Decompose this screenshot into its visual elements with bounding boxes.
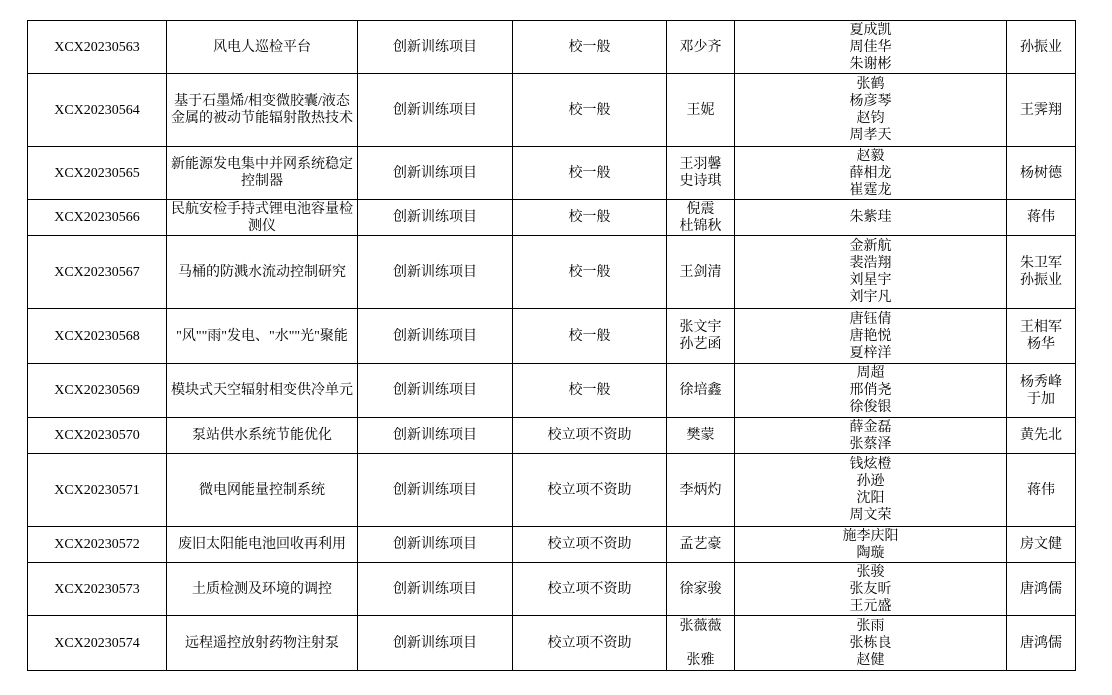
cell-project-leader: 邓少齐 [667, 21, 735, 74]
cell-project-type: 创新训练项目 [358, 364, 513, 418]
cell-project-name: 新能源发电集中并网系统稳定控制器 [167, 147, 358, 200]
cell-project-type: 创新训练项目 [358, 418, 513, 454]
cell-project-type: 创新训练项目 [358, 147, 513, 200]
cell-project-level: 校一般 [513, 147, 667, 200]
cell-project-id: XCX20230563 [28, 21, 167, 74]
cell-project-members: 赵毅 薛相龙 崔霆龙 [735, 147, 1007, 200]
projects-table: XCX20230563 风电人巡检平台 创新训练项目 校一般 邓少齐 夏成凯 周… [27, 20, 1076, 671]
cell-project-id: XCX20230565 [28, 147, 167, 200]
cell-project-advisor: 王霁翔 [1007, 74, 1076, 147]
cell-project-id: XCX20230564 [28, 74, 167, 147]
cell-project-advisor: 杨树德 [1007, 147, 1076, 200]
cell-project-advisor: 王相军 杨华 [1007, 309, 1076, 364]
cell-project-type: 创新训练项目 [358, 74, 513, 147]
cell-project-leader: 王妮 [667, 74, 735, 147]
table-row: XCX20230567 马桶的防溅水流动控制研究 创新训练项目 校一般 王剑清 … [28, 236, 1076, 309]
cell-project-name: 基于石墨烯/相变微胶囊/液态金属的被动节能辐射散热技术 [167, 74, 358, 147]
cell-project-members: 夏成凯 周佳华 朱谢彬 [735, 21, 1007, 74]
cell-project-members: 张雨 张栋良 赵健 [735, 616, 1007, 671]
cell-project-level: 校一般 [513, 74, 667, 147]
cell-project-members: 张骏 张友昕 王元盛 [735, 563, 1007, 616]
cell-project-leader: 倪震 杜锦秋 [667, 200, 735, 236]
cell-project-members: 张鹤 杨彦琴 赵钧 周孝天 [735, 74, 1007, 147]
table-row: XCX20230570 泵站供水系统节能优化 创新训练项目 校立项不资助 樊蒙 … [28, 418, 1076, 454]
cell-project-level: 校立项不资助 [513, 527, 667, 563]
cell-project-name: 模块式天空辐射相变供冷单元 [167, 364, 358, 418]
cell-project-leader: 徐培鑫 [667, 364, 735, 418]
cell-project-name: 民航安检手持式锂电池容量检测仪 [167, 200, 358, 236]
cell-project-id: XCX20230569 [28, 364, 167, 418]
cell-project-id: XCX20230566 [28, 200, 167, 236]
cell-project-id: XCX20230574 [28, 616, 167, 671]
cell-project-name: 远程遥控放射药物注射泵 [167, 616, 358, 671]
cell-project-advisor: 黄先北 [1007, 418, 1076, 454]
cell-project-level: 校一般 [513, 200, 667, 236]
cell-project-members: 钱炫橙 孙逊 沈阳 周文荣 [735, 454, 1007, 527]
cell-project-members: 施李庆阳 陶璇 [735, 527, 1007, 563]
cell-project-id: XCX20230571 [28, 454, 167, 527]
cell-project-id: XCX20230568 [28, 309, 167, 364]
cell-project-type: 创新训练项目 [358, 309, 513, 364]
cell-project-type: 创新训练项目 [358, 236, 513, 309]
cell-project-advisor: 唐鸿儒 [1007, 616, 1076, 671]
cell-project-advisor: 朱卫军 孙振业 [1007, 236, 1076, 309]
cell-project-id: XCX20230570 [28, 418, 167, 454]
cell-project-level: 校立项不资助 [513, 616, 667, 671]
cell-project-members: 周超 邢俏尧 徐俊银 [735, 364, 1007, 418]
table-row: XCX20230565 新能源发电集中并网系统稳定控制器 创新训练项目 校一般 … [28, 147, 1076, 200]
cell-project-name: 风电人巡检平台 [167, 21, 358, 74]
cell-project-name: 微电网能量控制系统 [167, 454, 358, 527]
cell-project-leader: 王羽馨 史诗琪 [667, 147, 735, 200]
cell-project-advisor: 蒋伟 [1007, 200, 1076, 236]
table-row: XCX20230573 土质检测及环境的调控 创新训练项目 校立项不资助 徐家骏… [28, 563, 1076, 616]
table-row: XCX20230572 废旧太阳能电池回收再利用 创新训练项目 校立项不资助 孟… [28, 527, 1076, 563]
table-row: XCX20230569 模块式天空辐射相变供冷单元 创新训练项目 校一般 徐培鑫… [28, 364, 1076, 418]
cell-project-id: XCX20230567 [28, 236, 167, 309]
cell-project-type: 创新训练项目 [358, 527, 513, 563]
cell-project-type: 创新训练项目 [358, 454, 513, 527]
cell-project-leader: 张薇薇 张雅 [667, 616, 735, 671]
cell-project-id: XCX20230572 [28, 527, 167, 563]
cell-project-level: 校一般 [513, 364, 667, 418]
cell-project-leader: 樊蒙 [667, 418, 735, 454]
cell-project-advisor: 房文健 [1007, 527, 1076, 563]
cell-project-leader: 李炳灼 [667, 454, 735, 527]
cell-project-name: "风""雨"发电、"水""光"聚能 [167, 309, 358, 364]
cell-project-name: 废旧太阳能电池回收再利用 [167, 527, 358, 563]
cell-project-members: 金新航 裴浩翔 刘星宇 刘宇凡 [735, 236, 1007, 309]
table-row: XCX20230563 风电人巡检平台 创新训练项目 校一般 邓少齐 夏成凯 周… [28, 21, 1076, 74]
cell-project-level: 校立项不资助 [513, 418, 667, 454]
cell-project-leader: 孟艺豪 [667, 527, 735, 563]
cell-project-leader: 徐家骏 [667, 563, 735, 616]
cell-project-id: XCX20230573 [28, 563, 167, 616]
cell-project-advisor: 杨秀峰 于加 [1007, 364, 1076, 418]
table-row: XCX20230568 "风""雨"发电、"水""光"聚能 创新训练项目 校一般… [28, 309, 1076, 364]
cell-project-level: 校一般 [513, 21, 667, 74]
cell-project-level: 校立项不资助 [513, 454, 667, 527]
cell-project-level: 校一般 [513, 236, 667, 309]
cell-project-type: 创新训练项目 [358, 200, 513, 236]
cell-project-type: 创新训练项目 [358, 563, 513, 616]
cell-project-members: 朱紫珪 [735, 200, 1007, 236]
cell-project-type: 创新训练项目 [358, 21, 513, 74]
table-row: XCX20230566 民航安检手持式锂电池容量检测仪 创新训练项目 校一般 倪… [28, 200, 1076, 236]
cell-project-advisor: 唐鸿儒 [1007, 563, 1076, 616]
cell-project-name: 马桶的防溅水流动控制研究 [167, 236, 358, 309]
table-row: XCX20230571 微电网能量控制系统 创新训练项目 校立项不资助 李炳灼 … [28, 454, 1076, 527]
cell-project-advisor: 孙振业 [1007, 21, 1076, 74]
cell-project-type: 创新训练项目 [358, 616, 513, 671]
cell-project-members: 薛金磊 张蔡泽 [735, 418, 1007, 454]
cell-project-leader: 张文宇 孙艺函 [667, 309, 735, 364]
cell-project-members: 唐钰倩 唐艳悦 夏梓洋 [735, 309, 1007, 364]
cell-project-name: 泵站供水系统节能优化 [167, 418, 358, 454]
cell-project-level: 校立项不资助 [513, 563, 667, 616]
cell-project-name: 土质检测及环境的调控 [167, 563, 358, 616]
cell-project-leader: 王剑清 [667, 236, 735, 309]
document-page: { "page": { "background_color": "#ffffff… [0, 0, 1112, 695]
cell-project-level: 校一般 [513, 309, 667, 364]
table-body: XCX20230563 风电人巡检平台 创新训练项目 校一般 邓少齐 夏成凯 周… [28, 21, 1076, 671]
cell-project-advisor: 蒋伟 [1007, 454, 1076, 527]
table-row: XCX20230574 远程遥控放射药物注射泵 创新训练项目 校立项不资助 张薇… [28, 616, 1076, 671]
table-row: XCX20230564 基于石墨烯/相变微胶囊/液态金属的被动节能辐射散热技术 … [28, 74, 1076, 147]
